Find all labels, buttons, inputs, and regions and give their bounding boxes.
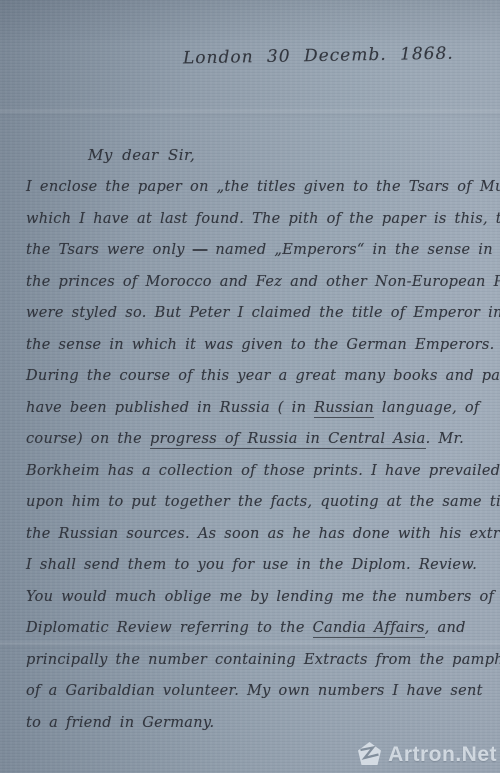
letter-line-2: which I have at last found. The pith of … (26, 204, 496, 236)
letter-line-segment: I enclose the paper on „the titles given… (26, 179, 500, 195)
letter-line-segment: Russian (314, 400, 374, 418)
letter-line-segment: of a Garibaldian volunteer. My own numbe… (26, 683, 483, 699)
letter-line-segment: Diplomatic Review referring to the (26, 620, 313, 636)
letter-line-14: You would much oblige me by lending me t… (26, 582, 496, 614)
paper-crease (0, 108, 500, 118)
letter-salutation: My dear Sir, (88, 146, 195, 164)
watermark-text: Artron.Net (388, 743, 497, 767)
letter-line-segment: have been published in Russia ( in (26, 400, 314, 416)
letter-line-segment: which I have at last found. The pith of … (26, 211, 500, 227)
letter-line-6: the sense in which it was given to the G… (26, 330, 496, 362)
letter-dateline: London 30 Decemb. 1868. (183, 44, 454, 69)
letter-line-15: Diplomatic Review referring to the Candi… (26, 613, 496, 645)
letter-line-18: to a friend in Germany. (26, 708, 496, 740)
letter-line-segment: During the course of this year a great m… (26, 368, 500, 384)
letter-line-segment: were styled so. But Peter I claimed the … (26, 305, 500, 321)
letter-line-segment: principally the number containing Extrac… (26, 652, 500, 668)
letter-line-10: Borkheim has a collection of those print… (26, 456, 496, 488)
letter-line-13: I shall send them to you for use in the … (26, 550, 496, 582)
artron-gem-logo-icon (356, 741, 383, 768)
letter-line-1: I enclose the paper on „the titles given… (26, 172, 496, 204)
letter-page: London 30 Decemb. 1868. My dear Sir, I e… (0, 0, 500, 773)
letter-line-segment: upon him to put together the facts, quot… (26, 494, 500, 510)
letter-line-segment: , and (425, 620, 466, 636)
watermark: Artron.Net (356, 741, 497, 768)
letter-line-7: During the course of this year a great m… (26, 361, 496, 393)
letter-line-segment: the sense in which it was given to the G… (26, 337, 495, 353)
letter-line-12: the Russian sources. As soon as he has d… (26, 519, 496, 551)
letter-line-segment: Borkheim has a collection of those print… (26, 463, 500, 479)
letter-line-segment: — (193, 242, 208, 258)
letter-line-9: course) on the progress of Russia in Cen… (26, 424, 496, 456)
letter-line-segment: the princes of Morocco and Fez and other… (26, 274, 500, 290)
letter-line-segment: You would much oblige me by lending me t… (26, 589, 500, 605)
letter-line-segment: the Tsars were only (26, 242, 193, 258)
letter-line-segment: language, of (374, 400, 480, 416)
letter-line-segment: I shall send them to you for use in the … (26, 557, 477, 573)
letter-body: I enclose the paper on „the titles given… (26, 172, 496, 739)
letter-line-5: were styled so. But Peter I claimed the … (26, 298, 496, 330)
letter-line-segment: to a friend in Germany. (26, 715, 214, 731)
letter-line-4: the princes of Morocco and Fez and other… (26, 267, 496, 299)
letter-line-segment: . Mr. (426, 431, 465, 447)
letter-line-segment: the Russian sources. As soon as he has d… (26, 526, 500, 542)
letter-line-3: the Tsars were only — named „Emperors“ i… (26, 235, 496, 267)
letter-line-11: upon him to put together the facts, quot… (26, 487, 496, 519)
letter-line-segment: progress of Russia in Central Asia (150, 431, 426, 449)
letter-line-17: of a Garibaldian volunteer. My own numbe… (26, 676, 496, 708)
letter-line-16: principally the number containing Extrac… (26, 645, 496, 677)
letter-line-segment: Candia Affairs (313, 620, 425, 638)
letter-line-segment: named „Emperors“ in the sense in which (207, 242, 500, 258)
letter-line-segment: course) on the (26, 431, 150, 447)
letter-line-8: have been published in Russia ( in Russi… (26, 393, 496, 425)
